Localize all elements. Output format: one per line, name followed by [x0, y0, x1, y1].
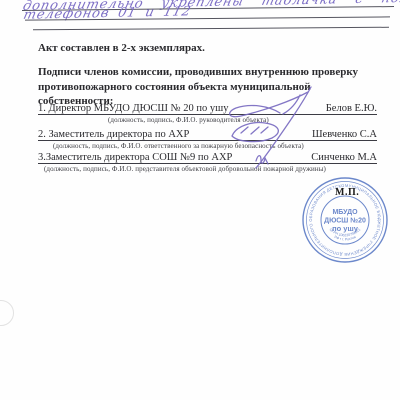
stamp-center-line-1: МБУДО [332, 209, 358, 216]
commission-heading-line-1: Подписи членов комиссии, проводивших вну… [38, 65, 368, 80]
scanned-act-document: дополнительно укреплены таблички с номер… [0, 0, 400, 400]
signer-caption: (должность, подпись, Ф.И.О. руководителя… [108, 116, 269, 124]
signer-row-deputy-ahr: 2. Заместитель директора по АХР Шевченко… [38, 126, 377, 141]
signer-position: 2. Заместитель директора по АХР [38, 129, 189, 140]
signer-name: Белов Е.Ю. [326, 103, 377, 114]
copies-statement: Акт составлен в 2-х экземплярах. [38, 42, 205, 54]
signer-row-director: 1. Директор МБУДО ДЮСШ № 20 по ушу Белов… [38, 100, 377, 115]
signer-caption: (должность, подпись, Ф.И.О. представител… [44, 165, 326, 173]
signer-name: Шевченко С.А [312, 129, 377, 140]
signer-row-deputy-sosh9: 3.Заместитель директора СОШ №9 по АХР Си… [38, 149, 377, 164]
official-stamp-icon: МУНИЦИПАЛЬНОЕ БЮДЖЕТНОЕ УЧРЕЖДЕНИЕ ДОПОЛ… [299, 177, 391, 263]
signer-position: 1. Директор МБУДО ДЮСШ № 20 по ушу [38, 103, 229, 114]
hole-punch-mark [0, 300, 14, 326]
ruled-line-3 [33, 27, 389, 30]
signer-name: Синченко М.А [311, 152, 377, 163]
signer-position: 3.Заместитель директора СОШ №9 по АХР [38, 152, 232, 163]
